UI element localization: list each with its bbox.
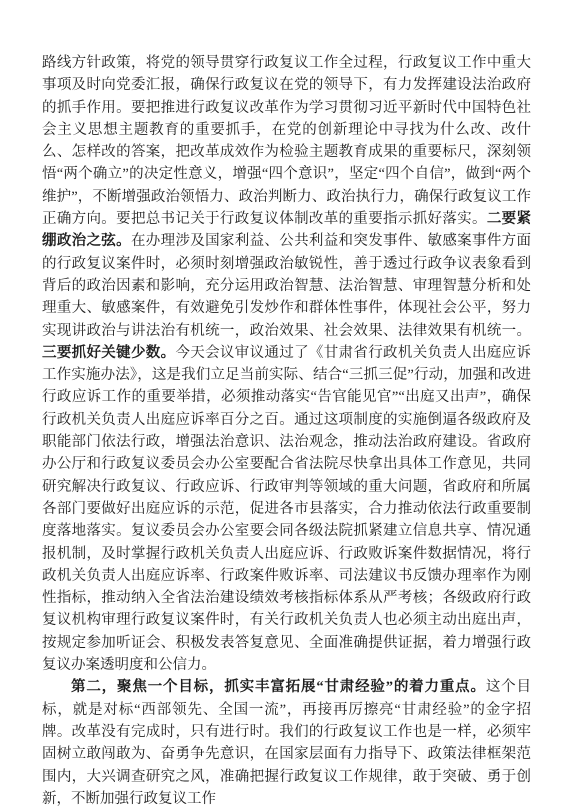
text-run: 今天会议审议通过了《甘肃省行政机关负责人出庭应诉工作实施办法》，这是我们立足当前… xyxy=(42,345,531,673)
paragraph: 路线方针政策，将党的领导贯穿行政复议工作全过程，行政复议工作中重大事项及时向党委… xyxy=(42,52,531,676)
text-run: 这个目标，就是对标“西部领先、全国一流”，再接再厉擦亮“甘肃经验”的金字招牌。改… xyxy=(42,679,531,806)
bold-text-run: 第二，聚焦一个目标，抓实丰富拓展“甘肃经验”的着力重点。 xyxy=(71,679,486,695)
paragraph: 第二，聚焦一个目标，抓实丰富拓展“甘肃经验”的着力重点。这个目标，就是对标“西部… xyxy=(42,676,531,807)
text-run: 路线方针政策，将党的领导贯穿行政复议工作全过程，行政复议工作中重大事项及时向党委… xyxy=(42,55,531,227)
bold-text-run: 三要抓好关键少数。 xyxy=(42,345,175,361)
document-body: 路线方针政策，将党的领导贯穿行政复议工作全过程，行政复议工作中重大事项及时向党委… xyxy=(42,52,531,807)
document-page: 路线方针政策，将党的领导贯穿行政复议工作全过程，行政复议工作中重大事项及时向党委… xyxy=(0,0,570,807)
